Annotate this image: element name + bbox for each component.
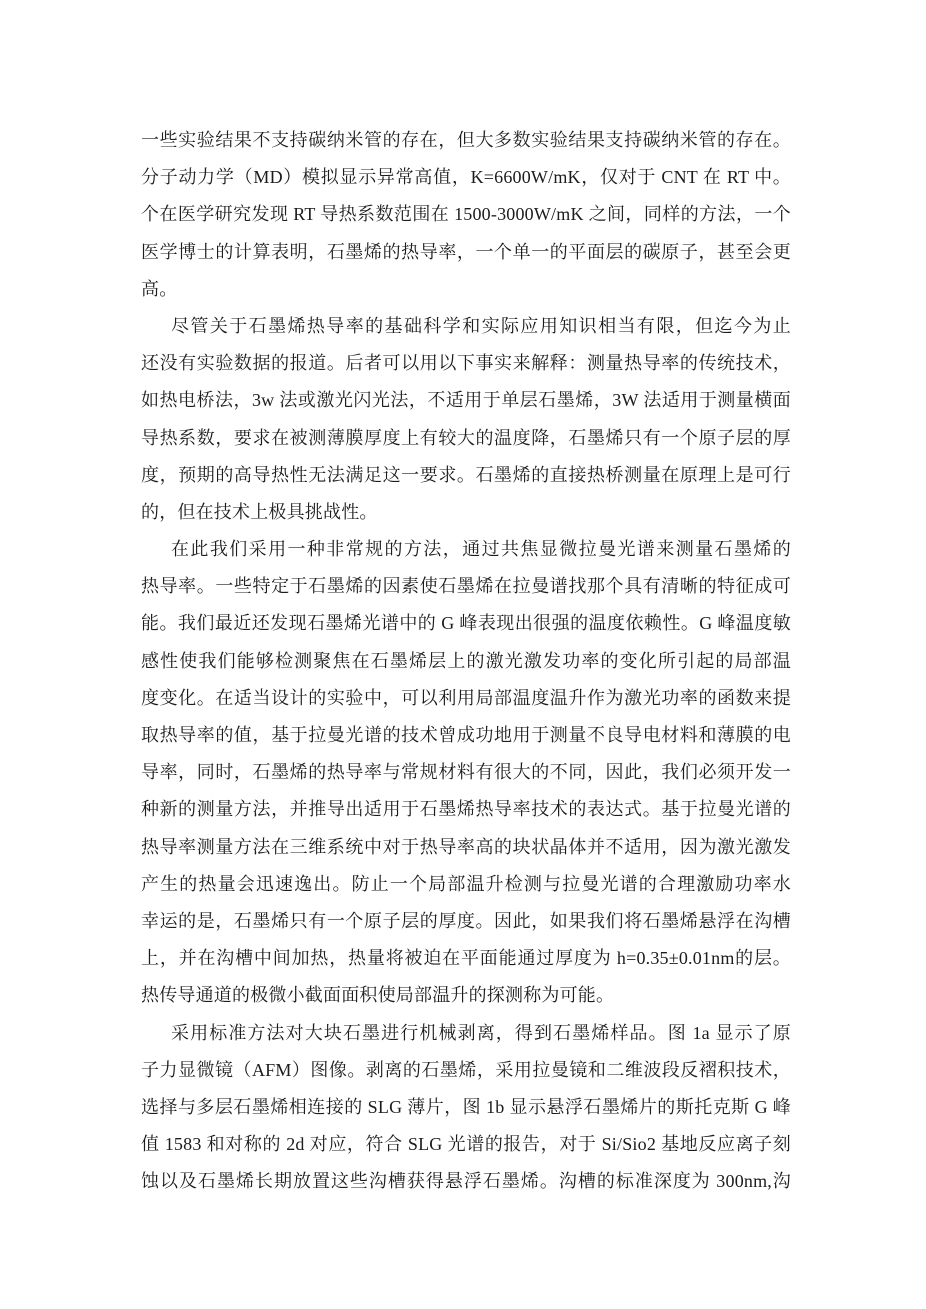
text-line: 医学博士的计算表明，石墨烯的热导率，一个单一的平面层的碳原子，甚至会更 — [141, 234, 791, 271]
text-line: 热导率测量方法在三维系统中对于热导率高的块状晶体并不适用，因为激光激发 — [141, 829, 791, 866]
text-line: 尽管关于石墨烯热导率的基础科学和实际应用知识相当有限，但迄今为止 — [141, 308, 791, 345]
text-line: 上，并在沟槽中间加热，热量将被迫在平面能通过厚度为 h=0.35±0.01nm的… — [141, 940, 791, 977]
paragraph: 在此我们采用一种非常规的方法，通过共焦显微拉曼光谱来测量石墨烯的 热导率。一些特… — [141, 531, 791, 1014]
text-line: 度变化。在适当设计的实验中，可以利用局部温度温升作为激光功率的函数来提 — [141, 680, 791, 717]
text-line: 选择与多层石墨烯相连接的 SLG 薄片，图 1b 显示悬浮石墨烯片的斯托克斯 G… — [141, 1089, 791, 1126]
paragraph: 尽管关于石墨烯热导率的基础科学和实际应用知识相当有限，但迄今为止 还没有实验数据… — [141, 308, 791, 531]
text-line: 值 1583 和对称的 2d 对应，符合 SLG 光谱的报告，对于 Si/Sio… — [141, 1126, 791, 1163]
text-line: 高。 — [141, 271, 791, 308]
paragraph: 采用标准方法对大块石墨进行机械剥离，得到石墨烯样品。图 1a 显示了原 子力显微… — [141, 1015, 791, 1201]
text-line: 种新的测量方法，并推导出适用于石墨烯热导率技术的表达式。基于拉曼光谱的 — [141, 791, 791, 828]
text-line: 感性使我们能够检测聚焦在石墨烯层上的激光激发功率的变化所引起的局部温 — [141, 643, 791, 680]
text-line: 导率，同时，石墨烯的热导率与常规材料有很大的不同，因此，我们必须开发一 — [141, 754, 791, 791]
text-line: 取热导率的值，基于拉曼光谱的技术曾成功地用于测量不良导电材料和薄膜的电 — [141, 717, 791, 754]
text-line: 的，但在技术上极具挑战性。 — [141, 494, 791, 531]
text-line: 一些实验结果不支持碳纳米管的存在，但大多数实验结果支持碳纳米管的存在。 — [141, 122, 791, 159]
text-line: 能。我们最近还发现石墨烯光谱中的 G 峰表现出很强的温度依赖性。G 峰温度敏 — [141, 605, 791, 642]
text-line: 热传导通道的极微小截面面积使局部温升的探测称为可能。 — [141, 977, 791, 1014]
text-line: 导热系数，要求在被测薄膜厚度上有较大的温度降，石墨烯只有一个原子层的厚 — [141, 420, 791, 457]
text-line: 幸运的是，石墨烯只有一个原子层的厚度。因此，如果我们将石墨烯悬浮在沟槽 — [141, 903, 791, 940]
text-line: 采用标准方法对大块石墨进行机械剥离，得到石墨烯样品。图 1a 显示了原 — [141, 1015, 791, 1052]
text-line: 产生的热量会迅速逸出。防止一个局部温升检测与拉曼光谱的合理激励功率水平， — [141, 866, 791, 903]
text-line: 分子动力学（MD）模拟显示异常高值，K=6600W/mK，仅对于 CNT 在 R… — [141, 159, 791, 196]
text-line: 度，预期的高导热性无法满足这一要求。石墨烯的直接热桥测量在原理上是可行 — [141, 457, 791, 494]
text-line: 个在医学研究发现 RT 导热系数范围在 1500-3000W/mK 之间，同样的… — [141, 196, 791, 233]
text-line: 还没有实验数据的报道。后者可以用以下事实来解释：测量热导率的传统技术， — [141, 345, 791, 382]
text-line: 如热电桥法，3w 法或激光闪光法，不适用于单层石墨烯，3W 法适用于测量横面 — [141, 382, 791, 419]
paragraph: 一些实验结果不支持碳纳米管的存在，但大多数实验结果支持碳纳米管的存在。 分子动力… — [141, 122, 791, 308]
text-line: 蚀以及石墨烯长期放置这些沟槽获得悬浮石墨烯。沟槽的标准深度为 300nm,沟 — [141, 1163, 791, 1200]
text-line: 子力显微镜（AFM）图像。剥离的石墨烯，采用拉曼镜和二维波段反褶积技术， — [141, 1052, 791, 1089]
text-line: 热导率。一些特定于石墨烯的因素使石墨烯在拉曼谱找那个具有清晰的特征成可 — [141, 568, 791, 605]
text-line: 在此我们采用一种非常规的方法，通过共焦显微拉曼光谱来测量石墨烯的 — [141, 531, 791, 568]
document-page: 一些实验结果不支持碳纳米管的存在，但大多数实验结果支持碳纳米管的存在。 分子动力… — [0, 0, 926, 1309]
document-body: 一些实验结果不支持碳纳米管的存在，但大多数实验结果支持碳纳米管的存在。 分子动力… — [141, 122, 791, 1200]
